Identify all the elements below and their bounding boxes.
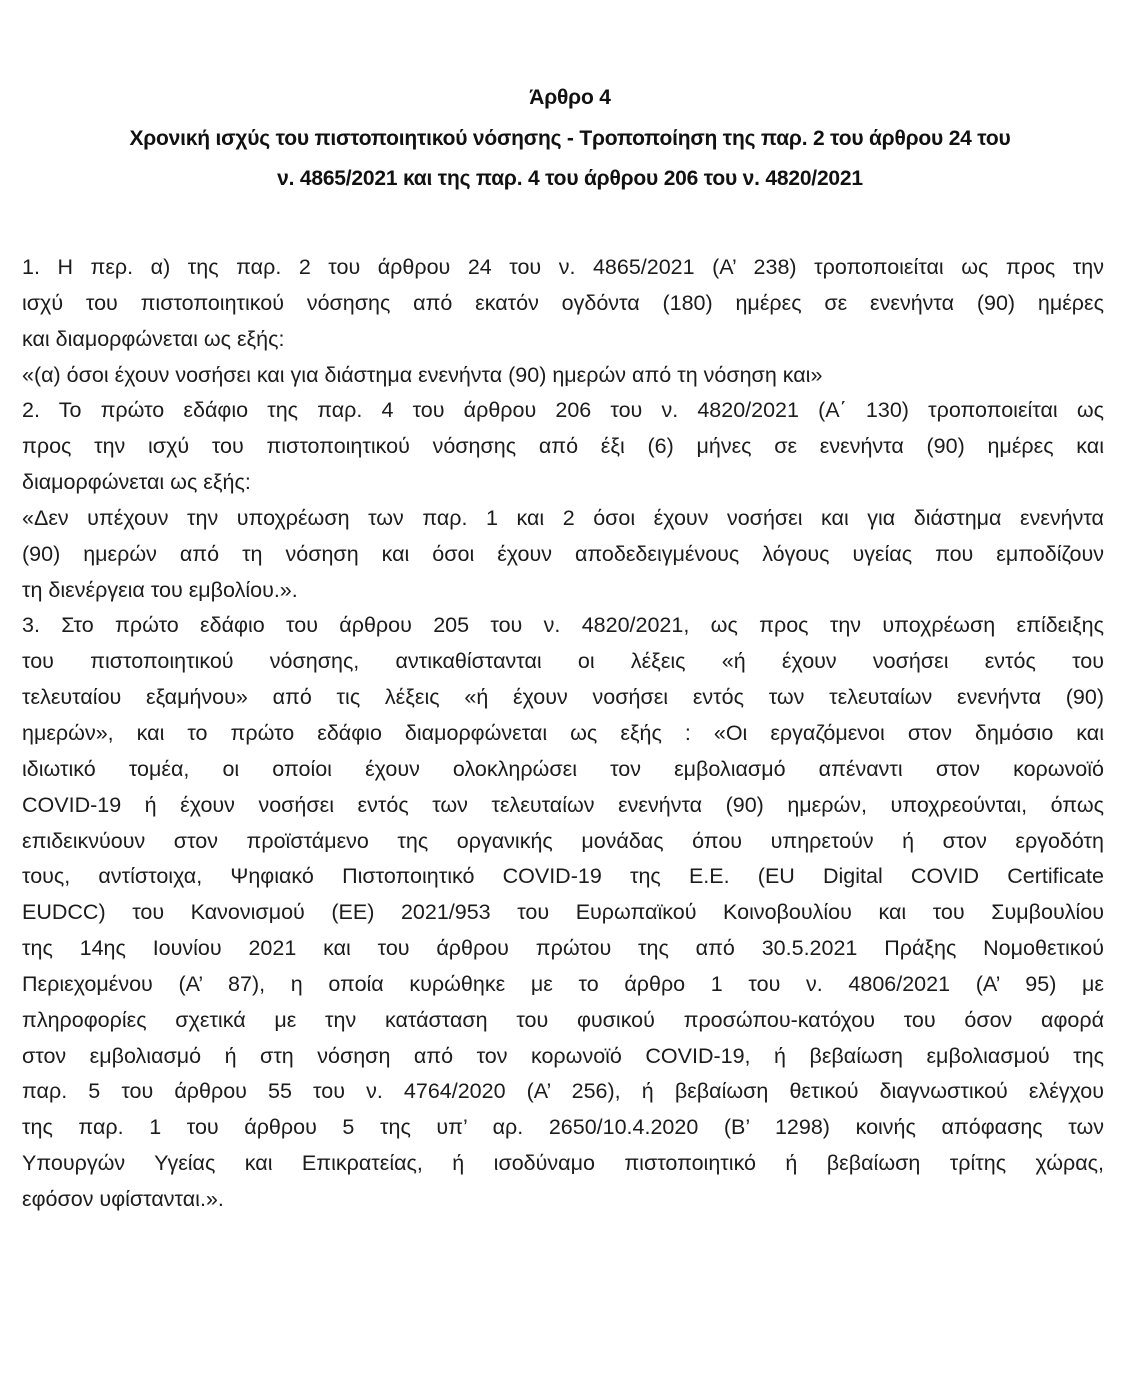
body-line: «Δεν υπέχουν την υποχρέωση των παρ. 1 κα… xyxy=(22,501,1104,537)
body-line: Περιεχομένου (Α’ 87), η οποία κυρώθηκε μ… xyxy=(22,967,1104,1003)
body-line: 1. Η περ. α) της παρ. 2 του άρθρου 24 το… xyxy=(22,250,1104,286)
body-line: 3. Στο πρώτο εδάφιο του άρθρου 205 του ν… xyxy=(22,608,1104,644)
document-page: Άρθρο 4 Χρονική ισχύς του πιστοποιητικού… xyxy=(0,0,1140,1395)
body-line: «(α) όσοι έχουν νοσήσει και για διάστημα… xyxy=(22,358,1104,394)
body-line: EUDCC) του Κανονισμού (ΕΕ) 2021/953 του … xyxy=(22,895,1104,931)
body-line: Υπουργών Υγείας και Επικρατείας, ή ισοδύ… xyxy=(22,1146,1104,1182)
body-line: της 14ης Ιουνίου 2021 και του άρθρου πρώ… xyxy=(22,931,1104,967)
body-line: COVID-19 ή έχουν νοσήσει εντός των τελευ… xyxy=(22,788,1104,824)
body-line: ιδιωτικό τομέα, οι οποίοι έχουν ολοκληρώ… xyxy=(22,752,1104,788)
body-line: προς την ισχύ του πιστοποιητικού νόσησης… xyxy=(22,429,1104,465)
article-title-line-2: ν. 4865/2021 και της παρ. 4 του άρθρου 2… xyxy=(0,167,1140,191)
body-line: της παρ. 1 του άρθρου 5 της υπ’ αρ. 2650… xyxy=(22,1110,1104,1146)
body-line: παρ. 5 του άρθρου 55 του ν. 4764/2020 (Α… xyxy=(22,1074,1104,1110)
body-line: τη διενέργεια του εμβολίου.». xyxy=(22,573,1104,609)
body-line: (90) ημερών από τη νόσηση και όσοι έχουν… xyxy=(22,537,1104,573)
body-line: ισχύ του πιστοποιητικού νόσησης από εκατ… xyxy=(22,286,1104,322)
body-line: διαμορφώνεται ως εξής: xyxy=(22,465,1104,501)
body-line: ημερών», και το πρώτο εδάφιο διαμορφώνετ… xyxy=(22,716,1104,752)
body-line: εφόσον υφίστανται.». xyxy=(22,1182,1104,1218)
article-number: Άρθρο 4 xyxy=(0,86,1140,110)
article-body: 1. Η περ. α) της παρ. 2 του άρθρου 24 το… xyxy=(22,250,1104,1218)
body-line: 2. Το πρώτο εδάφιο της παρ. 4 του άρθρου… xyxy=(22,393,1104,429)
body-line: τους, αντίστοιχα, Ψηφιακό Πιστοποιητικό … xyxy=(22,859,1104,895)
body-line: στον εμβολιασμό ή στη νόσηση από τον κορ… xyxy=(22,1039,1104,1075)
body-line: και διαμορφώνεται ως εξής: xyxy=(22,322,1104,358)
body-line: επιδεικνύουν στον προϊστάμενο της οργανι… xyxy=(22,824,1104,860)
body-line: του πιστοποιητικού νόσησης, αντικαθίσταν… xyxy=(22,644,1104,680)
article-title-line-1: Χρονική ισχύς του πιστοποιητικού νόσησης… xyxy=(0,127,1140,151)
body-line: τελευταίου εξαμήνου» από τις λέξεις «ή έ… xyxy=(22,680,1104,716)
body-line: πληροφορίες σχετικά με την κατάσταση του… xyxy=(22,1003,1104,1039)
